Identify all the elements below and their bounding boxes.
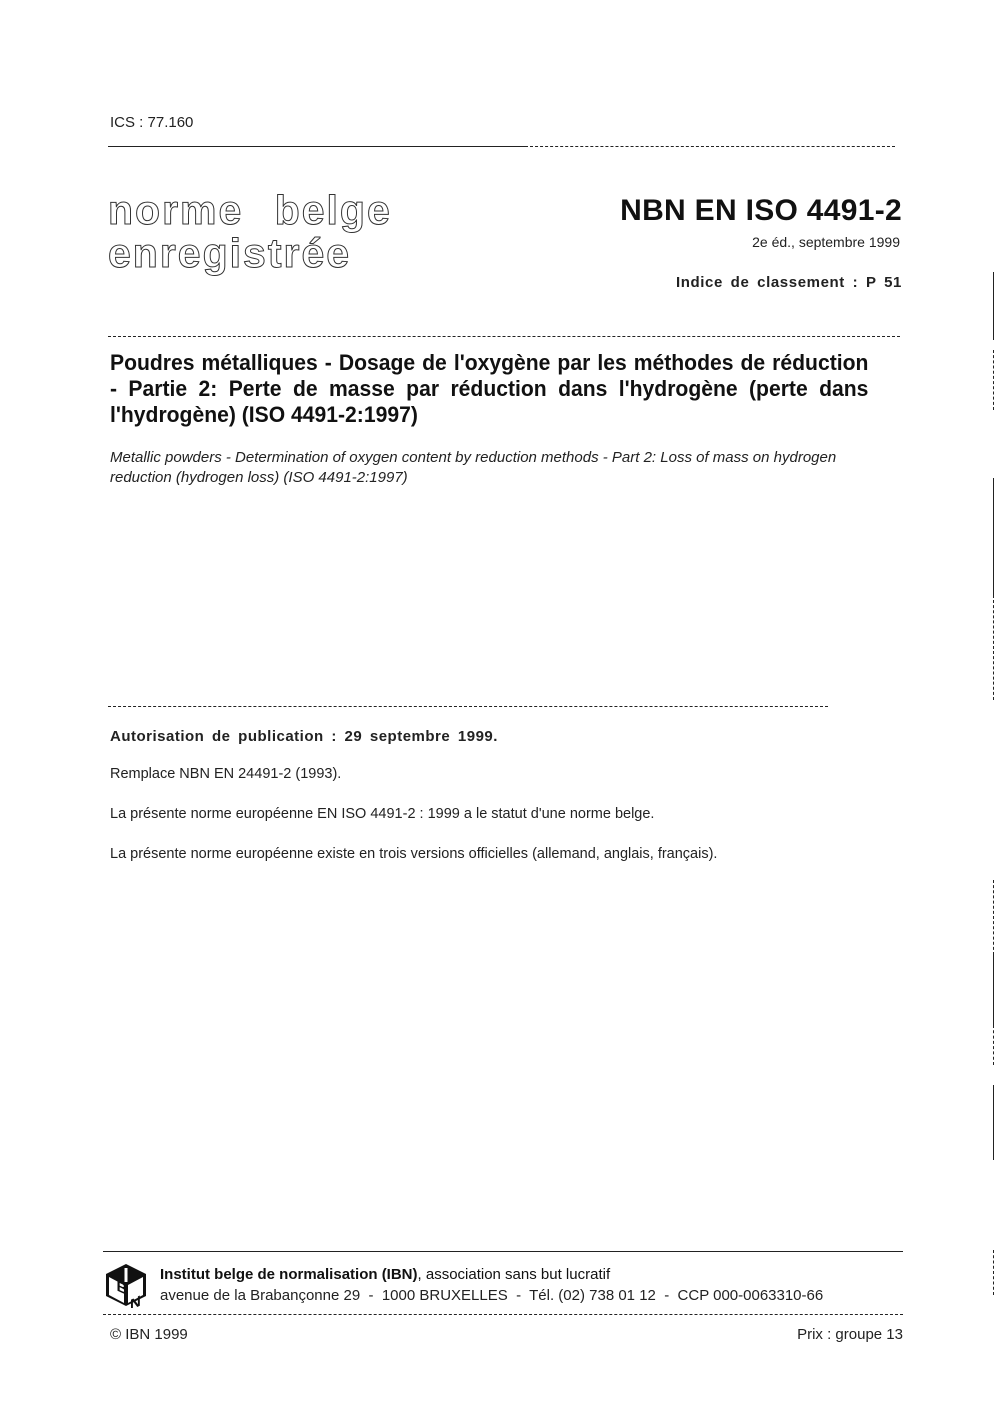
price-group: Prix : groupe 13	[797, 1326, 903, 1343]
scan-edge-line	[993, 272, 994, 340]
scan-edge-line	[993, 1085, 994, 1160]
status-note: La présente norme européenne EN ISO 4491…	[110, 806, 654, 822]
title-english: Metallic powders - Determination of oxyg…	[110, 448, 900, 488]
scan-edge-line	[993, 478, 994, 598]
scan-edge-line	[993, 350, 994, 410]
institute-address: avenue de la Brabançonne 29 - 1000 BRUXE…	[160, 1287, 823, 1304]
institute-suffix: , association sans but lucratif	[418, 1266, 611, 1283]
brand-norme-belge: norme belge	[108, 190, 392, 231]
scan-edge-line	[993, 880, 994, 955]
divider-top	[108, 146, 528, 147]
publication-authorization: Autorisation de publication : 29 septemb…	[110, 728, 498, 745]
institute-name: Institut belge de normalisation (IBN)	[160, 1266, 418, 1283]
classification-index: Indice de classement : P 51	[676, 274, 902, 291]
ics-code: ICS : 77.160	[110, 114, 193, 131]
scan-edge-line	[993, 600, 994, 700]
ibn-cube-logo-icon: B N	[103, 1262, 149, 1308]
brand-enregistree: enregistrée	[108, 233, 351, 274]
scan-edge-line	[993, 1025, 994, 1065]
divider-top-dashed	[530, 146, 895, 147]
divider-title	[108, 336, 900, 337]
scan-edge-line	[993, 955, 994, 1025]
standard-number: NBN EN ISO 4491-2	[620, 194, 902, 228]
title-french: Poudres métalliques - Dosage de l'oxygèn…	[110, 350, 868, 428]
copyright: © IBN 1999	[110, 1326, 188, 1343]
edition: 2e éd., septembre 1999	[752, 234, 900, 250]
divider-footer-top	[103, 1251, 903, 1252]
replaces-note: Remplace NBN EN 24491-2 (1993).	[110, 766, 341, 782]
institute-line: Institut belge de normalisation (IBN), a…	[160, 1266, 610, 1283]
versions-note: La présente norme européenne existe en t…	[110, 846, 717, 862]
divider-publication	[108, 706, 828, 707]
scan-edge-line	[993, 1250, 994, 1295]
divider-footer-bottom	[103, 1314, 903, 1315]
